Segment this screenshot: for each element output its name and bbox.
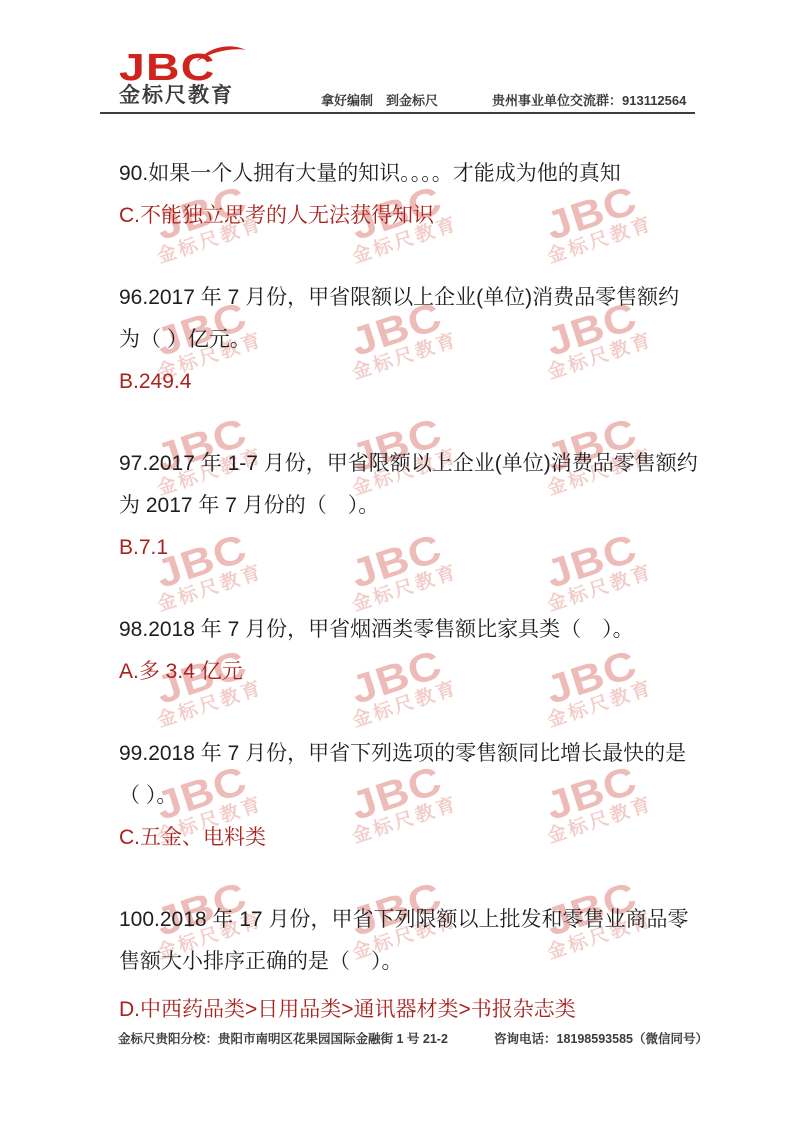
question-block-90: 90.如果一个人拥有大量的知识。。。。才能成为他的真知 C.不能独立思考的人无法… xyxy=(119,153,699,237)
question-text: 100.2018 年 17 月份，甲省下列限额以上批发和零售业商品零售额大小排序… xyxy=(119,899,699,983)
question-block-97: 97.2017 年 1-7 月份，甲省限额以上企业(单位)消费品零售额约为 20… xyxy=(119,443,699,569)
footer-address: 金标尺贵阳分校：贵阳市南明区花果园国际金融街 1 号 21-2 xyxy=(118,1029,448,1047)
question-text: 96.2017 年 7 月份，甲省限额以上企业(单位)消费品零售额约为（ ）亿元… xyxy=(119,277,699,361)
question-block-100: 100.2018 年 17 月份，甲省下列限额以上批发和零售业商品零售额大小排序… xyxy=(119,899,699,1031)
question-text: 98.2018 年 7 月份，甲省烟酒类零售额比家具类（ ）。 xyxy=(119,609,699,651)
question-block-99: 99.2018 年 7 月份，甲省下列选项的零售额同比增长最快的是（ ）。 C.… xyxy=(119,733,699,859)
question-text: 97.2017 年 1-7 月份，甲省限额以上企业(单位)消费品零售额约为 20… xyxy=(119,443,699,527)
logo-swoosh-icon xyxy=(195,43,249,63)
footer-phone: 咨询电话：18198593585（微信同号） xyxy=(494,1029,708,1047)
document-page: JBC金标尺教育JBC金标尺教育JBC金标尺教育JBC金标尺教育JBC金标尺教育… xyxy=(0,0,793,1122)
header-divider xyxy=(100,112,695,114)
question-text: 90.如果一个人拥有大量的知识。。。。才能成为他的真知 xyxy=(119,153,699,195)
header-tagline: 拿好编制 到金标尺 xyxy=(321,90,438,109)
qa-content: 90.如果一个人拥有大量的知识。。。。才能成为他的真知 C.不能独立思考的人无法… xyxy=(119,153,699,1031)
question-text: 99.2018 年 7 月份，甲省下列选项的零售额同比增长最快的是（ ）。 xyxy=(119,733,699,817)
answer-text: B.7.1 xyxy=(119,527,699,569)
answer-text: C.不能独立思考的人无法获得知识 xyxy=(119,195,699,237)
question-block-96: 96.2017 年 7 月份，甲省限额以上企业(单位)消费品零售额约为（ ）亿元… xyxy=(119,277,699,403)
answer-text: D.中西药品类>日用品类>通讯器材类>书报杂志类 xyxy=(119,989,699,1031)
answer-text: C.五金、电料类 xyxy=(119,817,699,859)
question-block-98: 98.2018 年 7 月份，甲省烟酒类零售额比家具类（ ）。 A.多 3.4 … xyxy=(119,609,699,693)
answer-text: B.249.4 xyxy=(119,361,699,403)
answer-text: A.多 3.4 亿元 xyxy=(119,651,699,693)
brand-logo: JBC 金标尺教育 xyxy=(119,52,249,107)
header-qq-group: 贵州事业单位交流群：913112564 xyxy=(492,90,686,109)
